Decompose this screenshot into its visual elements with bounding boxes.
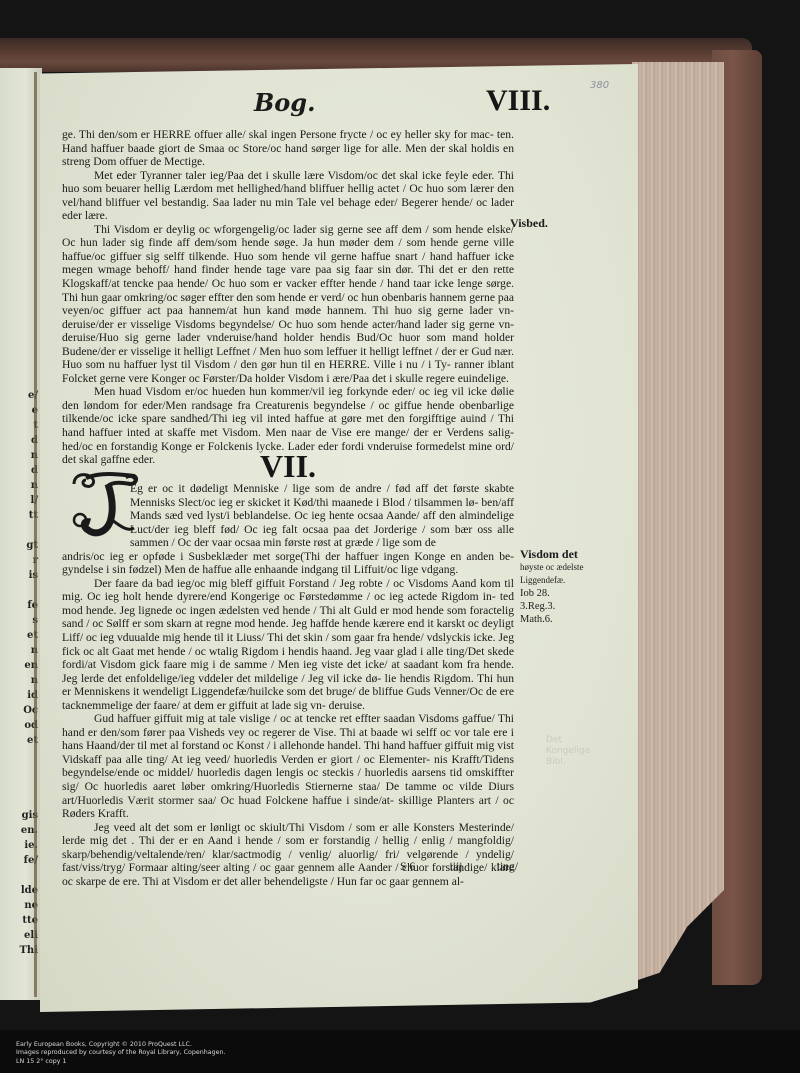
- scripture-reference: 3.Reg.3.: [520, 600, 610, 613]
- signature-mark: S 6: [400, 860, 415, 873]
- faded-library-stamp: Det Kongelige Bibl.: [546, 735, 590, 768]
- marginal-note-references: Visdom det høyste oc ædelste Liggendefæ.…: [520, 548, 610, 626]
- chapter-heading: VII.: [260, 448, 316, 485]
- paragraph-with-initial: Eg er oc it dødeligt Menniske / lige som…: [62, 482, 514, 550]
- page-block-fore-edge: [632, 62, 724, 982]
- paragraph: Thi Visdom er deylig oc wforgengelig/oc …: [62, 223, 514, 386]
- marginal-note-sub: Liggendefæ.: [520, 574, 610, 587]
- running-head-book: Bog.: [254, 88, 315, 117]
- paragraph: andris/oc ieg er opføde i Susbeklæder me…: [62, 550, 514, 577]
- text-block-chapter-6-end: ge. Thi den/som er HERRE offuer alle/ sk…: [62, 128, 514, 467]
- credit-line: Early European Books, Copyright © 2010 P…: [16, 1041, 225, 1049]
- marginal-note-title: Visdom det: [520, 548, 610, 561]
- signature-line: S 6 iiij ting/: [400, 860, 518, 873]
- signature-number: iiij: [450, 860, 463, 873]
- pencil-folio-number: 380: [590, 80, 609, 91]
- marginal-note-sub: høyste oc ædelste: [520, 561, 610, 574]
- marginal-note-wisdom: Visbed.: [510, 217, 548, 230]
- credit-line: LN 15 2° copy 1: [16, 1058, 225, 1066]
- credit-line: Images reproduced by courtesy of the Roy…: [16, 1049, 225, 1057]
- facing-page-text-fragments: e/ e t d n d n l/ tt gt r is fe s et n e…: [2, 388, 38, 958]
- scan-background: e/ e t d n d n l/ tt gt r is fe s et n e…: [0, 0, 800, 1030]
- catchword: ting/: [497, 860, 518, 873]
- running-head-chapter: VIII.: [486, 84, 550, 118]
- scripture-reference: Math.6.: [520, 613, 610, 626]
- text-block-chapter-7: Eg er oc it dødeligt Menniske / lige som…: [62, 482, 514, 888]
- paragraph: Gud haffuer giffuit mig at tale vislige …: [62, 712, 514, 820]
- paragraph: ge. Thi den/som er HERRE offuer alle/ sk…: [62, 128, 514, 169]
- copyright-credit: Early European Books, Copyright © 2010 P…: [16, 1041, 225, 1066]
- scripture-reference: Iob 28.: [520, 587, 610, 600]
- gutter-fold: [34, 72, 37, 997]
- paragraph: Jeg veed alt det som er lønligt oc skiul…: [62, 821, 514, 889]
- paragraph: Der faare da bad ieg/oc mig bleff giffui…: [62, 577, 514, 712]
- paragraph: Met eder Tyranner taler ieg/Paa det i sk…: [62, 169, 514, 223]
